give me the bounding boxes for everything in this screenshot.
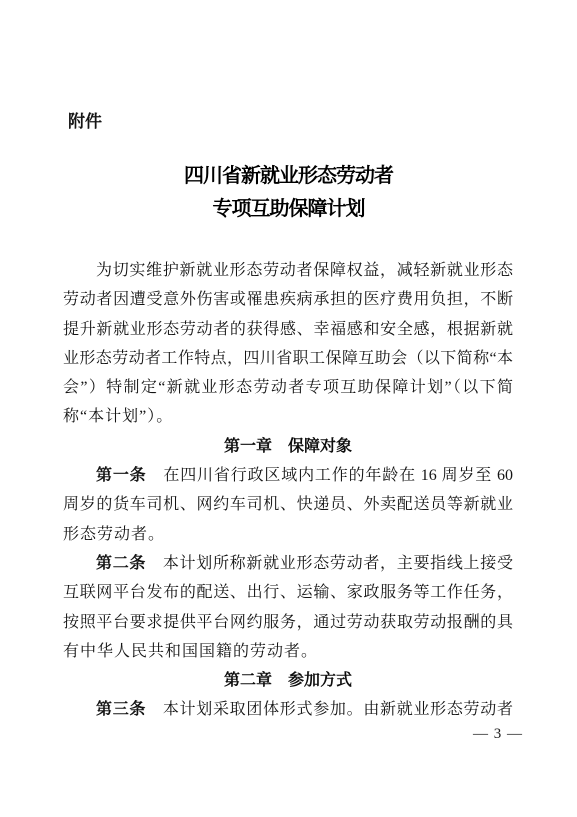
document-body: 为切实维护新就业形态劳动者保障权益，减轻新就业形态劳动者因遭受意外伤害或罹患疾病… — [63, 256, 513, 725]
body-line: 提升新就业形态劳动者的获得感、幸福感和安全感，根据新就 — [63, 315, 513, 344]
attachment-label: 附件 — [68, 110, 102, 134]
document-page: 附件 四川省新就业形态劳动者 专项互助保障计划 为切实维护新就业形态劳动者保障权… — [0, 0, 577, 817]
body-line: 称“本计划”）。 — [63, 402, 513, 431]
body-line: 有中华人民共和国国籍的劳动者。 — [63, 637, 513, 666]
document-title-line2: 专项互助保障计划 — [0, 193, 577, 226]
article-number: 第三条 — [96, 701, 146, 718]
body-line: 互联网平台发布的配送、出行、运输、家政服务等工作任务， — [63, 578, 513, 607]
body-line: 第一条 在四川省行政区域内工作的年龄在 16 周岁至 60 — [63, 461, 513, 490]
body-line: 劳动者因遭受意外伤害或罹患疾病承担的医疗费用负担，不断 — [63, 285, 513, 314]
body-line: 会”）特制定“新就业形态劳动者专项互助保障计划”（以下简 — [63, 373, 513, 402]
body-line: 第三条 本计划采取团体形式参加。由新就业形态劳动者 — [63, 695, 513, 724]
chapter-heading: 第二章 参加方式 — [63, 666, 513, 695]
article-number: 第一条 — [96, 467, 147, 484]
body-line: 形态劳动者。 — [63, 520, 513, 549]
body-line: 周岁的货车司机、网约车司机、快递员、外卖配送员等新就业 — [63, 490, 513, 519]
body-line: 业形态劳动者工作特点，四川省职工保障互助会（以下简称“本 — [63, 344, 513, 373]
document-title-line1: 四川省新就业形态劳动者 — [0, 160, 577, 193]
body-line: 按照平台要求提供平台网约服务，通过劳动获取劳动报酬的具 — [63, 608, 513, 637]
body-line: 为切实维护新就业形态劳动者保障权益，减轻新就业形态 — [63, 256, 513, 285]
chapter-heading: 第一章 保障对象 — [63, 432, 513, 461]
document-title: 四川省新就业形态劳动者 专项互助保障计划 — [0, 160, 577, 226]
article-number: 第二条 — [96, 555, 146, 572]
body-line: 第二条 本计划所称新就业形态劳动者，主要指线上接受 — [63, 549, 513, 578]
page-number: — 3 — — [473, 724, 523, 744]
